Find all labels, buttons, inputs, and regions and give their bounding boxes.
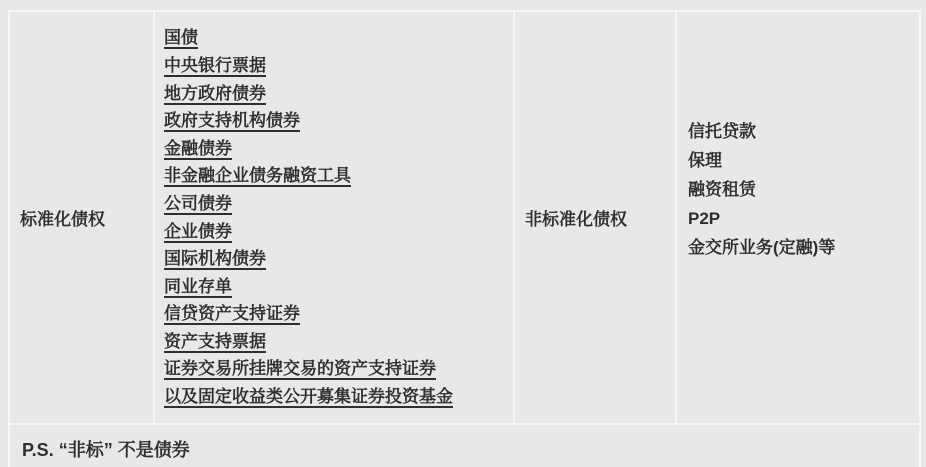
standardized-debt-item: 非金融企业债务融资工具 xyxy=(164,162,513,190)
standardized-debt-item: 政府支持机构债券 xyxy=(164,107,513,135)
non-standardized-debt-item: P2P xyxy=(688,204,919,233)
non-standardized-debt-item: 金交所业务(定融)等 xyxy=(688,233,919,262)
debt-comparison-table: 标准化债权 国债中央银行票据地方政府债券政府支持机构债券金融债券非金融企业债务融… xyxy=(8,10,921,467)
standardized-debt-item: 企业债券 xyxy=(164,218,513,246)
standardized-debt-item: 公司债券 xyxy=(164,190,513,218)
footnote-text: P.S. “非标” 不是债券 xyxy=(22,440,190,460)
standardized-debt-item: 中央银行票据 xyxy=(164,52,513,80)
standardized-debt-cell: 标准化债权 xyxy=(10,12,153,423)
non-standardized-debt-item: 融资租赁 xyxy=(688,175,919,204)
non-standardized-debt-items-cell: 信托贷款保理融资租赁P2P金交所业务(定融)等 xyxy=(675,12,919,423)
footnote-row: P.S. “非标” 不是债券 xyxy=(10,425,919,462)
non-standardized-debt-cell: 非标准化债权 xyxy=(513,12,675,423)
standardized-debt-item: 国债 xyxy=(164,24,513,52)
non-standardized-debt-item: 信托贷款 xyxy=(688,117,919,146)
standardized-debt-item: 国际机构债券 xyxy=(164,245,513,273)
standardized-debt-item: 地方政府债券 xyxy=(164,80,513,108)
standardized-debt-items-cell: 国债中央银行票据地方政府债券政府支持机构债券金融债券非金融企业债务融资工具公司债… xyxy=(153,12,513,423)
standardized-debt-item: 同业存单 xyxy=(164,273,513,301)
table-row: 标准化债权 国债中央银行票据地方政府债券政府支持机构债券金融债券非金融企业债务融… xyxy=(10,12,919,425)
standardized-debt-item: 资产支持票据 xyxy=(164,328,513,356)
non-standardized-debt-label: 非标准化债权 xyxy=(525,205,627,230)
standardized-debt-item: 以及固定收益类公开募集证券投资基金 xyxy=(164,383,513,411)
standardized-debt-item: 证券交易所挂牌交易的资产支持证券 xyxy=(164,355,513,383)
standardized-debt-item: 信贷资产支持证券 xyxy=(164,300,513,328)
non-standardized-debt-item: 保理 xyxy=(688,146,919,175)
standardized-debt-item: 金融债券 xyxy=(164,135,513,163)
standardized-debt-label: 标准化债权 xyxy=(20,205,105,230)
